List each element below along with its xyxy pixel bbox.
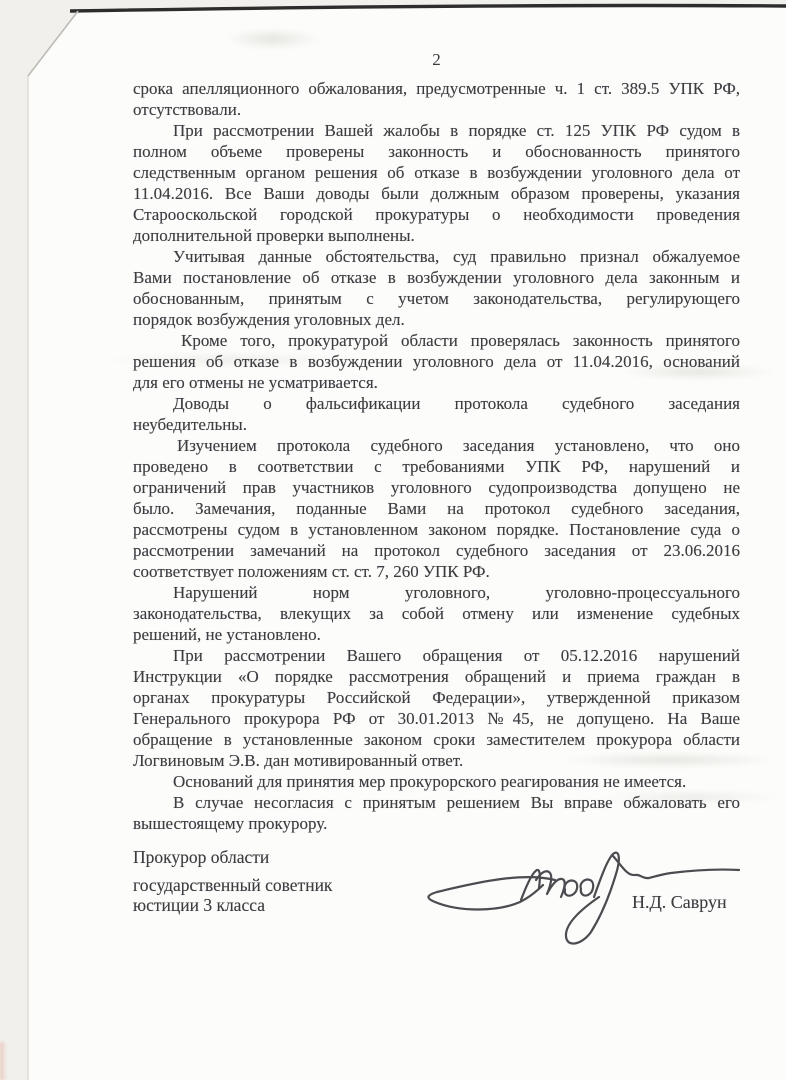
scan-smudge — [0, 1042, 7, 1080]
paragraph: При рассмотрении Вашего обращения от 05.… — [133, 645, 740, 771]
text-line: ограничений прав участников уголовного с… — [133, 477, 740, 498]
rank-line-1: государственный советник — [133, 876, 332, 896]
text-line: Оснований для принятия мер прокурорского… — [133, 771, 740, 792]
paragraph: Оснований для принятия мер прокурорского… — [133, 771, 740, 792]
text-line: Нарушений норм уголовного, уголовно-проц… — [133, 582, 740, 603]
text-line: Учитывая данные обстоятельства, суд прав… — [133, 246, 740, 267]
paragraph: При рассмотрении Вашей жалобы в порядке … — [133, 120, 740, 246]
text-line: неубедительны. — [133, 414, 740, 435]
document-body: срока апелляционного обжалования, предус… — [133, 78, 740, 834]
text-line: срока апелляционного обжалования, предус… — [133, 78, 740, 99]
text-line: порядок возбуждения уголовных дел. — [133, 309, 740, 330]
text-line: обоснованным, принятым с учетом законода… — [133, 288, 740, 309]
text-line: соответствует положениям ст. ст. 7, 260 … — [133, 561, 740, 582]
rank-lines: государственный советник юстиции 3 класс… — [133, 876, 332, 915]
paragraph: Кроме того, прокуратурой области проверя… — [133, 330, 740, 393]
text-line: Инструкции «О порядке рассмотрения обращ… — [133, 666, 740, 687]
text-line: законодательства, влекущих за собой отме… — [133, 603, 740, 624]
text-line: органах прокуратуры Российской Федерации… — [133, 687, 740, 708]
text-line: Старооскольской городской прокуратуры о … — [133, 204, 740, 225]
text-line: При рассмотрении Вашего обращения от 05.… — [133, 645, 740, 666]
text-line: Вами постановление об отказе в возбужден… — [133, 267, 740, 288]
page-number: 2 — [133, 50, 740, 70]
position-title: Прокурор области — [133, 847, 269, 868]
text-line: Логвиновым Э.В. дан мотивированный ответ… — [133, 750, 740, 771]
text-line: следственным органом решения об отказе в… — [133, 162, 740, 183]
text-line: вышестоящему прокурору. — [133, 813, 740, 834]
text-line: для его отмены не усматривается. — [133, 372, 740, 393]
text-line: Генерального прокурора РФ от 30.01.2013 … — [133, 708, 740, 729]
text-line: решения об отказе в возбуждении уголовно… — [133, 351, 740, 372]
scan-smudge — [225, 28, 320, 50]
text-line: решений, не установлено. — [133, 624, 740, 645]
text-line: Изучением протокола судебного заседания … — [133, 435, 740, 456]
text-line: При рассмотрении Вашей жалобы в порядке … — [133, 120, 740, 141]
text-line: рассмотрении замечаний на протокол судеб… — [133, 540, 740, 561]
text-line: Кроме того, прокуратурой области проверя… — [133, 330, 740, 351]
paragraph: Изучением протокола судебного заседания … — [133, 435, 740, 582]
text-line: было. Замечания, поданные Вами на проток… — [133, 498, 740, 519]
paragraph: В случае несогласия с принятым решением … — [133, 792, 740, 834]
paragraph: Доводы о фальсификации протокола судебно… — [133, 393, 740, 435]
text-line: 11.04.2016. Все Ваши доводы были должным… — [133, 183, 740, 204]
text-line: рассмотрены судом в установленном законо… — [133, 519, 740, 540]
text-line: обращение в установленные законом сроки … — [133, 729, 740, 750]
text-line: В случае несогласия с принятым решением … — [133, 792, 740, 813]
signer-name: Н.Д. Саврун — [632, 892, 727, 913]
text-line: Доводы о фальсификации протокола судебно… — [133, 393, 740, 414]
paragraph: срока апелляционного обжалования, предус… — [133, 78, 740, 120]
rank-line-2: юстиции 3 класса — [133, 896, 332, 916]
text-line: проведено в соответствии с требованиями … — [133, 456, 740, 477]
paragraph: Учитывая данные обстоятельства, суд прав… — [133, 246, 740, 330]
paragraph: Нарушений норм уголовного, уголовно-проц… — [133, 582, 740, 645]
text-line: полном объеме проверены законность и обо… — [133, 141, 740, 162]
text-line: отсутствовали. — [133, 99, 740, 120]
scanned-page: 2 срока апелляционного обжалования, пред… — [0, 0, 786, 1080]
text-line: дополнительной проверки выполнены. — [133, 225, 740, 246]
